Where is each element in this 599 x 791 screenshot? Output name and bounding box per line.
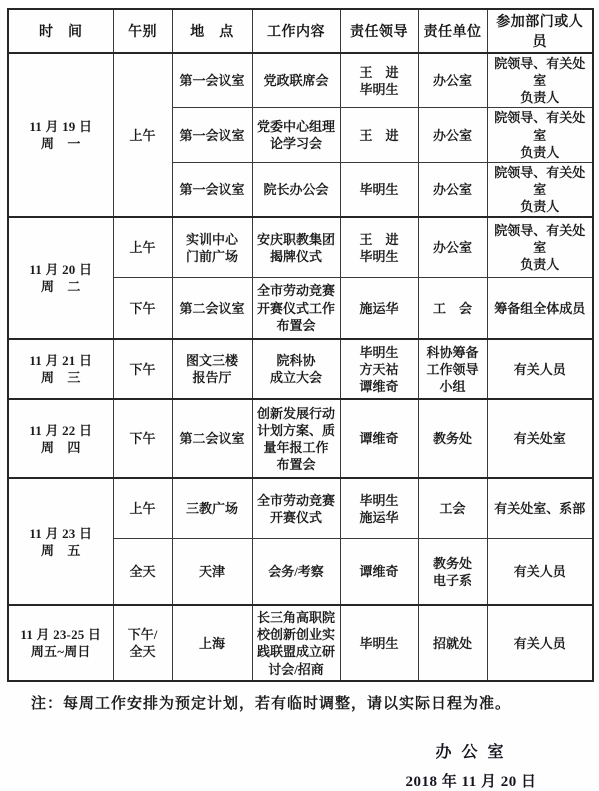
cell-unit: 教务处: [418, 399, 487, 478]
cell-leader: 毕明生: [340, 605, 418, 681]
cell-participants: 有关人员: [487, 605, 593, 681]
cell-content: 院长办公会: [252, 162, 340, 217]
cell-leader: 王 进: [340, 108, 418, 162]
cell-content: 院科协 成立大会: [252, 339, 340, 399]
cell-unit: 工会: [418, 478, 487, 538]
cell-content: 长三角高职院 校创新创业实 践联盟成立研 讨会/招商: [252, 605, 340, 681]
document-page: 时 间 午别 地 点 工作内容 责任领导 责任单位 参加部门或人员 11 月 1…: [0, 0, 599, 791]
issuing-department: 办 公 室: [368, 739, 574, 762]
cell-session: 上午: [113, 478, 172, 538]
cell-unit: 办公室: [418, 217, 487, 277]
issue-date: 2018 年 11 月 20 日: [368, 770, 574, 791]
cell-participants: 有关人员: [487, 538, 593, 605]
cell-unit: 科协筹备 工作领导 小组: [418, 339, 487, 399]
cell-leader: 毕明生 施运华: [340, 478, 418, 538]
cell-content: 会务/考察: [252, 538, 340, 605]
cell-unit: 办公室: [418, 108, 487, 162]
cell-date: 11 月 22 日 周 四: [8, 399, 113, 478]
cell-participants: 有关处室: [487, 399, 593, 478]
column-header-location: 地 点: [172, 9, 252, 53]
cell-session: 下午: [113, 339, 172, 399]
cell-participants: 筹备组全体成员: [487, 277, 593, 339]
schedule-table: 时 间 午别 地 点 工作内容 责任领导 责任单位 参加部门或人员 11 月 1…: [7, 8, 594, 682]
cell-leader: 王 进 毕明生: [340, 53, 418, 108]
cell-unit: 招就处: [418, 605, 487, 681]
cell-participants: 院领导、有关处室 负责人: [487, 108, 593, 162]
column-header-session: 午别: [113, 9, 172, 53]
cell-content: 党政联席会: [252, 53, 340, 108]
cell-content: 安庆职教集团 揭牌仪式: [252, 217, 340, 277]
cell-session: 上午: [113, 217, 172, 277]
cell-leader: 谭维奇: [340, 538, 418, 605]
cell-location: 第一会议室: [172, 162, 252, 217]
table-row: 11 月 19 日 周 一 上午 第一会议室 党政联席会 王 进 毕明生 办公室…: [8, 53, 593, 108]
column-header-participants: 参加部门或人员: [487, 9, 593, 53]
header-row: 时 间 午别 地 点 工作内容 责任领导 责任单位 参加部门或人员: [8, 9, 593, 53]
cell-location: 第一会议室: [172, 108, 252, 162]
table-row: 11 月 23-25 日 周五~周日 下午/ 全天 上海 长三角高职院 校创新创…: [8, 605, 593, 681]
cell-content: 全市劳动竞赛 开赛仪式: [252, 478, 340, 538]
table-row: 11 月 21 日 周 三 下午 图文三楼 报告厅 院科协 成立大会 毕明生 方…: [8, 339, 593, 399]
cell-location: 第二会议室: [172, 277, 252, 339]
cell-location: 三教广场: [172, 478, 252, 538]
column-header-leader: 责任领导: [340, 9, 418, 53]
schedule-note: 注：每周工作安排为预定计划，若有临时调整，请以实际日程为准。: [31, 692, 592, 713]
table-row: 11 月 23 日 周 五 上午 三教广场 全市劳动竞赛 开赛仪式 毕明生 施运…: [8, 478, 593, 538]
cell-content: 党委中心组理 论学习会: [252, 108, 340, 162]
cell-participants: 院领导、有关处室 负责人: [487, 53, 593, 108]
table-row: 11 月 20 日 周 二 上午 实训中心 门前广场 安庆职教集团 揭牌仪式 王…: [8, 217, 593, 277]
cell-leader: 谭维奇: [340, 399, 418, 478]
cell-content: 创新发展行动 计划方案、质 量年报工作 布置会: [252, 399, 340, 478]
cell-content: 全市劳动竞赛 开赛仪式工作 布置会: [252, 277, 340, 339]
column-header-content: 工作内容: [252, 9, 340, 53]
cell-participants: 院领导、有关处室 负责人: [487, 217, 593, 277]
cell-location: 图文三楼 报告厅: [172, 339, 252, 399]
cell-session: 上午: [113, 53, 172, 217]
cell-date: 11 月 20 日 周 二: [8, 217, 113, 339]
cell-session: 下午: [113, 399, 172, 478]
cell-date: 11 月 21 日 周 三: [8, 339, 113, 399]
cell-date: 11 月 19 日 周 一: [8, 53, 113, 217]
table-row: 11 月 22 日 周 四 下午 第二会议室 创新发展行动 计划方案、质 量年报…: [8, 399, 593, 478]
column-header-unit: 责任单位: [418, 9, 487, 53]
cell-location: 实训中心 门前广场: [172, 217, 252, 277]
cell-session: 下午: [113, 277, 172, 339]
cell-location: 第一会议室: [172, 53, 252, 108]
cell-date: 11 月 23 日 周 五: [8, 478, 113, 605]
signature-block: 办 公 室 2018 年 11 月 20 日: [368, 739, 574, 791]
cell-leader: 施运华: [340, 277, 418, 339]
cell-location: 天津: [172, 538, 252, 605]
column-header-time: 时 间: [8, 9, 113, 53]
cell-location: 第二会议室: [172, 399, 252, 478]
cell-location: 上海: [172, 605, 252, 681]
cell-unit: 办公室: [418, 53, 487, 108]
cell-leader: 毕明生 方天祜 谭维奇: [340, 339, 418, 399]
cell-unit: 教务处 电子系: [418, 538, 487, 605]
cell-leader: 毕明生: [340, 162, 418, 217]
cell-unit: 工 会: [418, 277, 487, 339]
cell-date: 11 月 23-25 日 周五~周日: [8, 605, 113, 681]
cell-session: 下午/ 全天: [113, 605, 172, 681]
cell-leader: 王 进 毕明生: [340, 217, 418, 277]
cell-session: 全天: [113, 538, 172, 605]
cell-participants: 院领导、有关处室 负责人: [487, 162, 593, 217]
cell-participants: 有关处室、系部: [487, 478, 593, 538]
cell-participants: 有关人员: [487, 339, 593, 399]
cell-unit: 办公室: [418, 162, 487, 217]
